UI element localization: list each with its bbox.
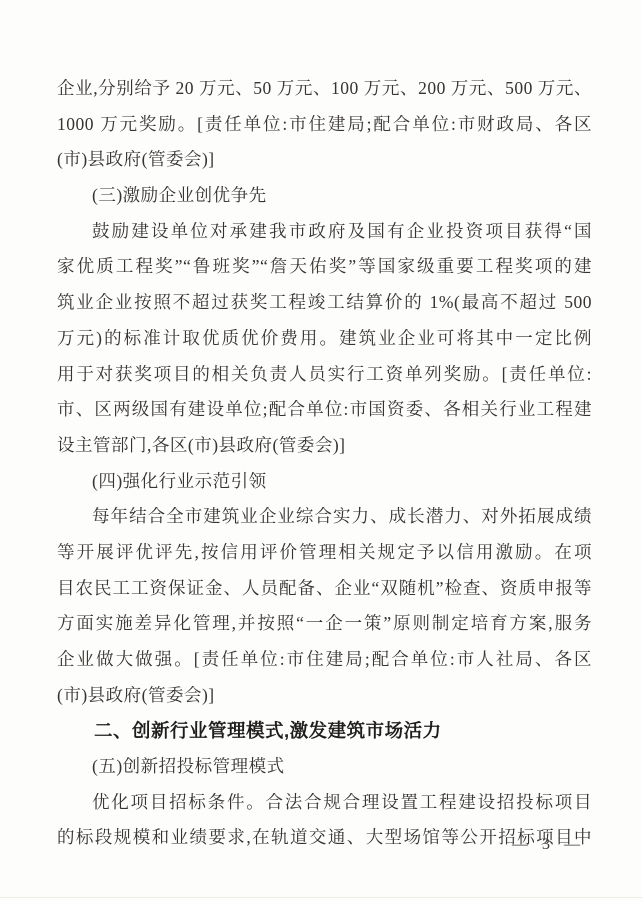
subsection-heading-3: (三)激励企业创优争先	[57, 178, 592, 214]
text-line: 筑业企业按照不超过获奖工程竣工结算价的 1%(最高不超过 500	[57, 285, 592, 321]
text-line: 设主管部门,各区(市)县政府(管委会)]	[57, 428, 592, 464]
subsection-heading-4: (四)强化行业示范引领	[57, 464, 592, 500]
text-line: (市)县政府(管委会)]	[57, 678, 592, 714]
subsection-heading-5: (五)创新招投标管理模式	[57, 749, 592, 785]
text-line: 优化项目招标条件。合法合规合理设置工程建设招投标项目	[57, 785, 592, 821]
text-line: 万元)的标准计取优质优价费用。建筑业企业可将其中一定比例	[57, 321, 592, 357]
text-line: 鼓励建设单位对承建我市政府及国有企业投资项目获得“国	[57, 214, 592, 250]
section-heading-2: 二、创新行业管理模式,激发建筑市场活力	[57, 713, 592, 749]
page-number: — 3 —	[512, 836, 585, 854]
text-line: 1000 万元奖励。[责任单位:市住建局;配合单位:市财政局、各区	[57, 107, 592, 143]
text-line: 目农民工工资保证金、人员配备、企业“双随机”检查、资质申报等	[57, 571, 592, 607]
text-line: 企业,分别给予 20 万元、50 万元、100 万元、200 万元、500 万元…	[57, 71, 592, 107]
text-line: 家优质工程奖”“鲁班奖”“詹天佑奖”等国家级重要工程奖项的建	[57, 249, 592, 285]
text-line: 企业做大做强。[责任单位:市住建局;配合单位:市人社局、各区	[57, 642, 592, 678]
text-line: 等开展评优评先,按信用评价管理相关规定予以信用激励。在项	[57, 535, 592, 571]
text-line: 用于对获奖项目的相关负责人员实行工资单列奖励。[责任单位:	[57, 357, 592, 393]
document-page: 企业,分别给予 20 万元、50 万元、100 万元、200 万元、500 万元…	[0, 0, 642, 900]
document-body: 企业,分别给予 20 万元、50 万元、100 万元、200 万元、500 万元…	[57, 71, 592, 856]
text-line: 方面实施差异化管理,并按照“一企一策”原则制定培育方案,服务	[57, 606, 592, 642]
text-line: 市、区两级国有建设单位;配合单位:市国资委、各相关行业工程建	[57, 392, 592, 428]
text-line: 每年结合全市建筑业企业综合实力、成长潜力、对外拓展成绩	[57, 499, 592, 535]
text-line: (市)县政府(管委会)]	[57, 142, 592, 178]
